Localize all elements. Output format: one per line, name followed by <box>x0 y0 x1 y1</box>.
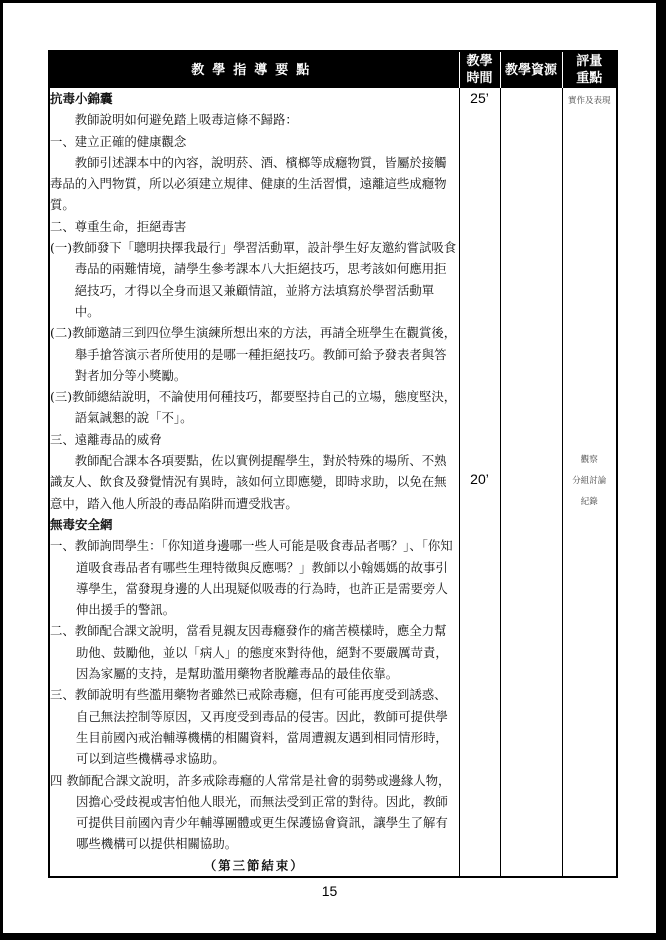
teaching-resources-cell <box>500 88 562 877</box>
subheading: 二、尊重生命，拒絕毒害 <box>50 216 459 237</box>
paragraph: 教師說明如何避免踏上吸毒這條不歸路： <box>50 109 459 130</box>
paragraph: 教師配合課本各項要點，佐以實例提醒學生，對於特殊的場所、不熟識友人、飲食及發覺情… <box>50 450 459 514</box>
list-item: 三、教師說明有些濫用藥物者雖然已戒除毒癮，但有可能再度受到誘惑、自己無法控制等原… <box>50 684 459 769</box>
list-item: 四 教師配合課文說明，許多戒除毒癮的人常常是社會的弱勢或邊緣人物，因擔心受歧視或… <box>50 770 459 855</box>
header-time-line1: 教學 <box>460 53 500 70</box>
header-time-line2: 時間 <box>460 70 500 87</box>
header-teaching-time: 教學 時間 <box>459 51 500 88</box>
evaluation-item: 分組討論 <box>563 472 617 490</box>
header-evaluation: 評量 重點 <box>562 51 617 88</box>
page-number: 15 <box>3 883 656 899</box>
list-item: (三)教師總結說明，不論使用何種技巧，都要堅持自己的立場，態度堅決，語氣誠懇的說… <box>50 386 459 429</box>
subheading: 一、建立正確的健康觀念 <box>50 131 459 152</box>
list-item: (一)教師發下「聰明抉擇我最行」學習活動單，設計學生好友邀約嘗試吸食毒品的兩難情… <box>50 237 459 322</box>
subheading: 三、遠離毒品的威脅 <box>50 429 459 450</box>
section-title: 抗毒小錦囊 <box>50 88 459 109</box>
content-row: 抗毒小錦囊 教師說明如何避免踏上吸毒這條不歸路： 一、建立正確的健康觀念 教師引… <box>49 88 617 877</box>
time-value: 25’ <box>460 90 500 106</box>
document-page: 教學指導要點 教學 時間 教學資源 評量 重點 抗毒小錦囊 教師說明如何避免踏上… <box>3 3 656 933</box>
list-item: 一、教師詢問學生：「你知道身邊哪一些人可能是吸食毒品者嗎？」、「你知道吸食毒品者… <box>50 535 459 620</box>
list-item: (二)教師邀請三到四位學生演練所想出來的方法，再請全班學生在觀賞後，舉手搶答演示… <box>50 322 459 386</box>
section-end-note: （第三節結束） <box>50 855 459 876</box>
teaching-points-cell: 抗毒小錦囊 教師說明如何避免踏上吸毒這條不歸路： 一、建立正確的健康觀念 教師引… <box>49 88 459 877</box>
lesson-plan-table: 教學指導要點 教學 時間 教學資源 評量 重點 抗毒小錦囊 教師說明如何避免踏上… <box>48 50 618 878</box>
paragraph: 教師引述課本中的內容，說明菸、酒、檳榔等成癮物質，皆屬於接觸毒品的入門物質，所以… <box>50 152 459 216</box>
evaluation-item: 觀察 <box>563 451 617 469</box>
evaluation-item: 實作及表現 <box>563 92 617 110</box>
evaluation-cell: 實作及表現 觀察 分組討論 紀錄 <box>562 88 617 877</box>
header-eval-line2: 重點 <box>563 70 617 87</box>
time-value: 20’ <box>460 471 500 487</box>
header-teaching-resources: 教學資源 <box>500 51 562 88</box>
header-eval-line1: 評量 <box>563 53 617 70</box>
evaluation-item: 紀錄 <box>563 493 617 511</box>
section-title: 無毒安全網 <box>50 514 459 535</box>
header-teaching-points: 教學指導要點 <box>49 51 459 88</box>
list-item: 二、教師配合課文說明，當看見親友因毒癮發作的痛苦模樣時，應全力幫助他、鼓勵他，並… <box>50 620 459 684</box>
header-row: 教學指導要點 教學 時間 教學資源 評量 重點 <box>49 51 617 88</box>
teaching-time-cell: 25’ 20’ <box>459 88 500 877</box>
